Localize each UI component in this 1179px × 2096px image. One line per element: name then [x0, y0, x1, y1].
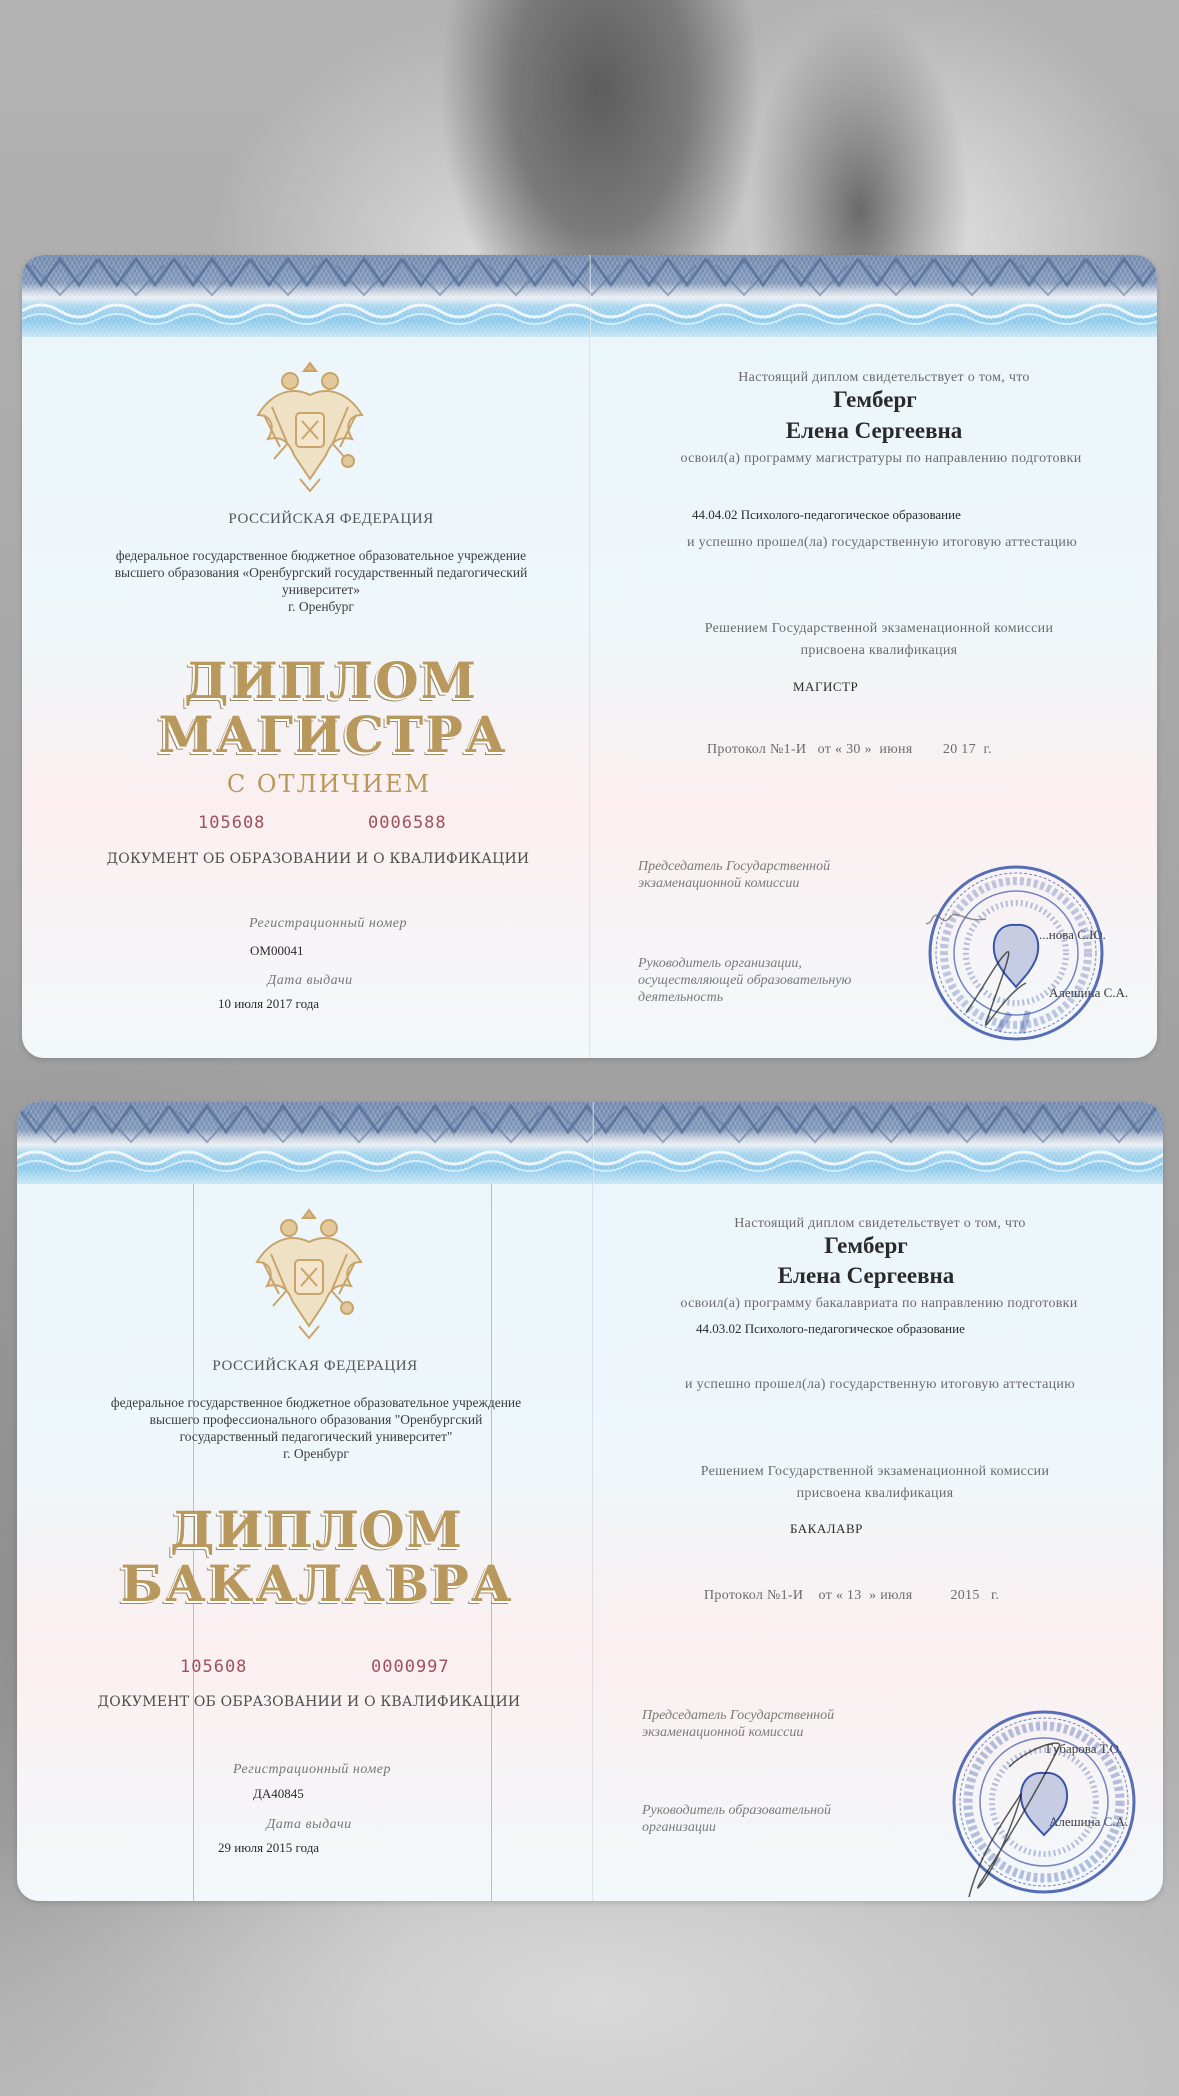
decision-text: Решением Государственной экзаменационной…: [701, 1464, 1050, 1480]
specialty: 44.03.02 Психолого-педагогическое образо…: [696, 1321, 965, 1337]
graduate-given-names: Елена Сергеевна: [786, 418, 963, 444]
issue-date-label: Дата выдачи: [266, 1817, 351, 1833]
institution-city: г. Оренбург: [52, 1445, 580, 1462]
institution-line: высшего профессионального образования "О…: [52, 1411, 580, 1428]
institution-name: федеральное государственное бюджетное об…: [52, 1394, 580, 1462]
institution-line: государственный педагогический университ…: [52, 1428, 580, 1445]
intro-text: Настоящий диплом свидетельствует о том, …: [734, 1216, 1025, 1232]
issue-date: 29 июля 2015 года: [218, 1840, 319, 1856]
qualification: БАКАЛАВР: [790, 1521, 863, 1537]
graduate-surname: Гемберг: [833, 387, 916, 413]
registration-number: ДА40845: [253, 1786, 304, 1802]
qualification-assigned-text: присвоена квалификация: [797, 1486, 954, 1502]
coat-of-arms-icon: [250, 355, 370, 495]
issue-date: 10 июля 2017 года: [218, 996, 319, 1012]
graduate-given-names: Елена Сергеевна: [778, 1263, 955, 1289]
serial-number: 0000997: [371, 1657, 450, 1677]
registration-number: ОМ00041: [250, 943, 303, 959]
honors-subtitle: С ОТЛИЧИЕМ: [227, 770, 431, 798]
attestation-text: и успешно прошел(ла) государственную ито…: [687, 535, 1077, 551]
left-page: РОССИЙСКАЯ ФЕДЕРАЦИЯ федеральное государ…: [17, 1102, 592, 1901]
qualification-assigned-text: присвоена квалификация: [801, 643, 958, 659]
institution-line: федеральное государственное бюджетное об…: [62, 547, 580, 564]
commission-chair-label: Председатель Государственной экзаменацио…: [642, 1707, 862, 1741]
official-seal-icon: [926, 863, 1106, 1043]
diploma-title-line2: МАГИСТРА: [158, 705, 507, 764]
right-page: Настоящий диплом свидетельствует о том, …: [591, 255, 1157, 1058]
diploma-master-card: РОССИЙСКАЯ ФЕДЕРАЦИЯ федеральное государ…: [22, 255, 1157, 1058]
institution-line: высшего образования «Оренбургский госуда…: [62, 564, 580, 581]
issue-date-label: Дата выдачи: [267, 973, 352, 989]
registration-label: Регистрационный номер: [249, 916, 407, 932]
country-heading: РОССИЙСКАЯ ФЕДЕРАЦИЯ: [228, 511, 433, 528]
serial-series: 105608: [180, 1657, 247, 1677]
protocol: Протокол №1-И от « 13 » июля 2015 г.: [704, 1588, 999, 1604]
diploma-title-line1: ДИПЛОМ: [170, 1500, 464, 1559]
registration-label: Регистрационный номер: [233, 1762, 391, 1778]
document-type: ДОКУМЕНТ ОБ ОБРАЗОВАНИИ И О КВАЛИФИКАЦИИ: [107, 851, 530, 867]
qualification: МАГИСТР: [793, 679, 858, 695]
coat-of-arms-icon: [249, 1202, 369, 1342]
right-page: Настоящий диплом свидетельствует о том, …: [594, 1102, 1163, 1901]
official-seal-icon: [949, 1707, 1139, 1897]
document-type: ДОКУМЕНТ ОБ ОБРАЗОВАНИИ И О КВАЛИФИКАЦИИ: [98, 1694, 521, 1710]
institution-city: г. Оренбург: [62, 598, 580, 615]
country-heading: РОССИЙСКАЯ ФЕДЕРАЦИЯ: [212, 1358, 417, 1375]
intro-text: Настоящий диплом свидетельствует о том, …: [738, 370, 1029, 386]
institution-line: федеральное государственное бюджетное об…: [52, 1394, 580, 1411]
organization-head-label: Руководитель образовательной организации: [642, 1802, 882, 1836]
organization-head-label: Руководитель организации, осуществляющей…: [638, 955, 898, 1006]
graduate-surname: Гемберг: [824, 1233, 907, 1259]
specialty: 44.04.02 Психолого-педагогическое образо…: [692, 507, 961, 523]
diploma-bachelor-card: РОССИЙСКАЯ ФЕДЕРАЦИЯ федеральное государ…: [17, 1102, 1163, 1901]
institution-name: федеральное государственное бюджетное об…: [62, 547, 580, 615]
diploma-title-line2: БАКАЛАВРА: [120, 1554, 513, 1613]
serial-series: 105608: [198, 813, 265, 833]
left-page: РОССИЙСКАЯ ФЕДЕРАЦИЯ федеральное государ…: [22, 255, 589, 1058]
protocol: Протокол №1-И от « 30 » июня 20 17 г.: [707, 742, 992, 758]
decision-text: Решением Государственной экзаменационной…: [705, 621, 1054, 637]
institution-line: университет»: [62, 581, 580, 598]
program-text: освоил(а) программу бакалавриата по напр…: [680, 1296, 1077, 1312]
program-text: освоил(а) программу магистратуры по напр…: [680, 451, 1081, 467]
serial-number: 0006588: [368, 813, 447, 833]
attestation-text: и успешно прошел(ла) государственную ито…: [685, 1377, 1075, 1393]
commission-chair-label: Председатель Государственной экзаменацио…: [638, 858, 858, 892]
diploma-title-line1: ДИПЛОМ: [184, 651, 478, 710]
